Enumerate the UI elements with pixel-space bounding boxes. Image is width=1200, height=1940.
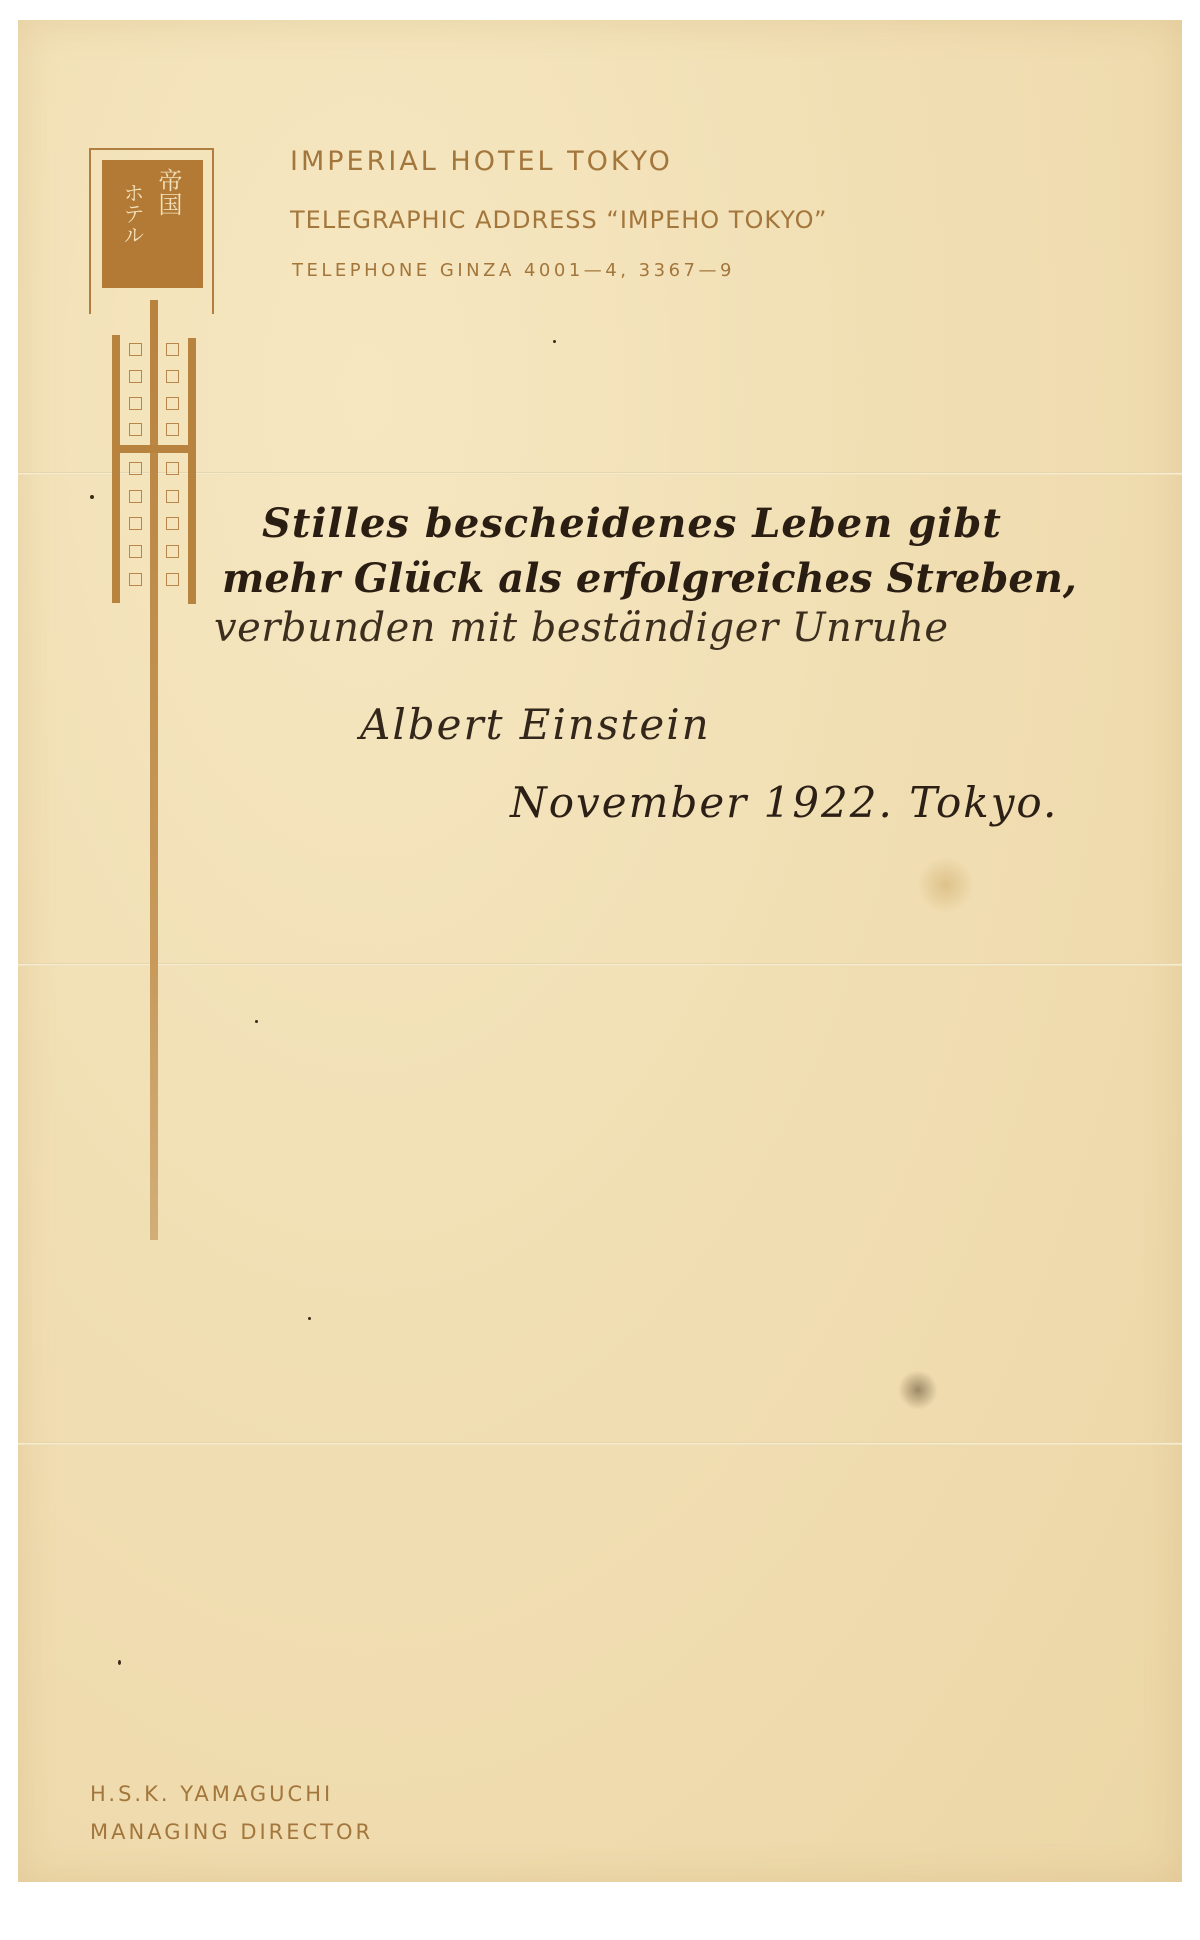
window-icon xyxy=(166,462,179,475)
window-icon xyxy=(129,517,142,530)
window-icon xyxy=(166,490,179,503)
building-crossbar xyxy=(118,445,192,453)
ink-speck xyxy=(308,1317,311,1320)
window-icon xyxy=(166,370,179,383)
stain xyxy=(898,1370,938,1410)
director-name: H.S.K. YAMAGUCHI xyxy=(90,1782,333,1806)
hotel-name: IMPERIAL HOTEL TOKYO xyxy=(290,146,673,177)
window-icon xyxy=(129,545,142,558)
building-right-wall xyxy=(188,338,196,604)
window-icon xyxy=(129,490,142,503)
note-line-1: Stilles bescheidenes Leben gibt xyxy=(262,500,1002,547)
telegraphic-address: TELEGRAPHIC ADDRESS “IMPEHO TOKYO” xyxy=(290,206,827,234)
window-icon xyxy=(166,343,179,356)
note-line-3: verbunden mit beständiger Unruhe xyxy=(214,605,949,651)
window-icon xyxy=(129,343,142,356)
signature: Albert Einstein xyxy=(360,700,711,749)
logo-sign-frame: 帝国 ホテル xyxy=(89,148,214,300)
fold-line xyxy=(18,963,1182,966)
logo-sign-fill: 帝国 ホテル xyxy=(102,160,203,288)
building-left-wall xyxy=(112,335,120,603)
stain xyxy=(918,855,973,915)
window-icon xyxy=(166,423,179,436)
ink-speck xyxy=(553,340,556,343)
fold-line xyxy=(18,1442,1182,1445)
window-icon xyxy=(166,545,179,558)
director-title: MANAGING DIRECTOR xyxy=(90,1820,373,1844)
window-icon xyxy=(166,397,179,410)
logo-pole xyxy=(150,300,158,1240)
ink-speck xyxy=(118,1660,121,1665)
logo-kanji: 帝国 xyxy=(154,168,182,216)
ink-speck xyxy=(90,495,94,499)
window-icon xyxy=(129,370,142,383)
dateline: November 1922. Tokyo. xyxy=(510,778,1058,827)
telephone-numbers: TELEPHONE GINZA 4001—4, 3367—9 xyxy=(292,260,735,281)
logo-katakana: ホテル xyxy=(120,182,145,245)
note-line-2: mehr Glück als erfolgreiches Streben, xyxy=(222,555,1077,602)
window-icon xyxy=(166,517,179,530)
window-icon xyxy=(129,423,142,436)
window-icon xyxy=(129,573,142,586)
ink-speck xyxy=(255,1020,258,1023)
window-icon xyxy=(129,462,142,475)
window-icon xyxy=(129,397,142,410)
window-icon xyxy=(166,573,179,586)
